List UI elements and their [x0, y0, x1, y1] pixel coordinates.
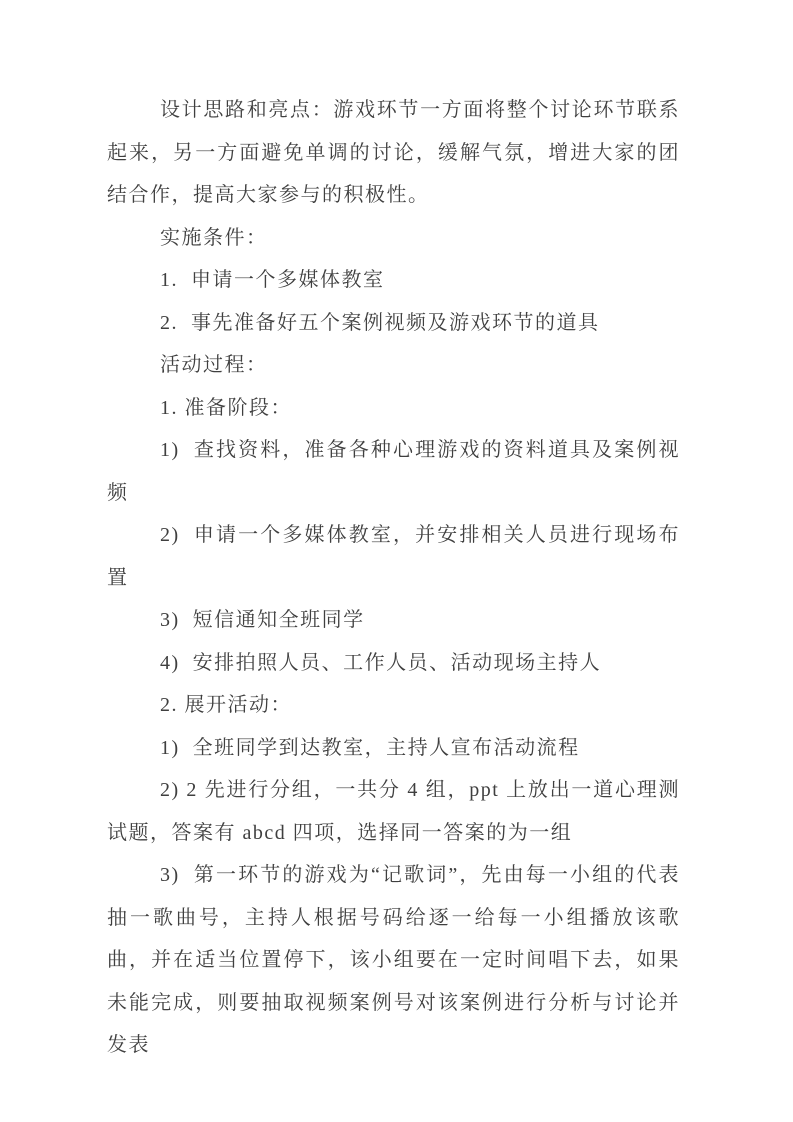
list-item-preparation-1: 1) 查找资料，准备各种心理游戏的资料道具及案例视频 — [107, 429, 680, 514]
paragraph-design-highlights: 设计思路和亮点：游戏环节一方面将整个讨论环节联系起来，另一方面避免单调的讨论，缓… — [107, 89, 680, 217]
document-page: 设计思路和亮点：游戏环节一方面将整个讨论环节联系起来，另一方面避免单调的讨论，缓… — [0, 0, 793, 1122]
paragraph-preparation-stage-heading: 1. 准备阶段： — [107, 387, 680, 430]
document-content: 设计思路和亮点：游戏环节一方面将整个讨论环节联系起来，另一方面避免单调的讨论，缓… — [107, 89, 680, 1067]
list-item-preparation-3: 3) 短信通知全班同学 — [107, 599, 680, 642]
list-item-preparation-4: 4) 安排拍照人员、工作人员、活动现场主持人 — [107, 642, 680, 685]
list-item-condition-2: 2. 事先准备好五个案例视频及游戏环节的道具 — [107, 302, 680, 345]
list-item-activity-1: 1) 全班同学到达教室，主持人宣布活动流程 — [107, 727, 680, 770]
list-item-activity-3: 3) 第一环节的游戏为“记歌词”，先由每一小组的代表抽一歌曲号，主持人根据号码给… — [107, 854, 680, 1067]
paragraph-activity-launch-heading: 2. 展开活动： — [107, 684, 680, 727]
list-item-condition-1: 1. 申请一个多媒体教室 — [107, 259, 680, 302]
list-item-activity-2: 2) 2 先进行分组，一共分 4 组，ppt 上放出一道心理测试题，答案有 ab… — [107, 769, 680, 854]
list-item-preparation-2: 2) 申请一个多媒体教室，并安排相关人员进行现场布置 — [107, 514, 680, 599]
paragraph-implementation-conditions-heading: 实施条件： — [107, 217, 680, 260]
paragraph-activity-process-heading: 活动过程： — [107, 344, 680, 387]
